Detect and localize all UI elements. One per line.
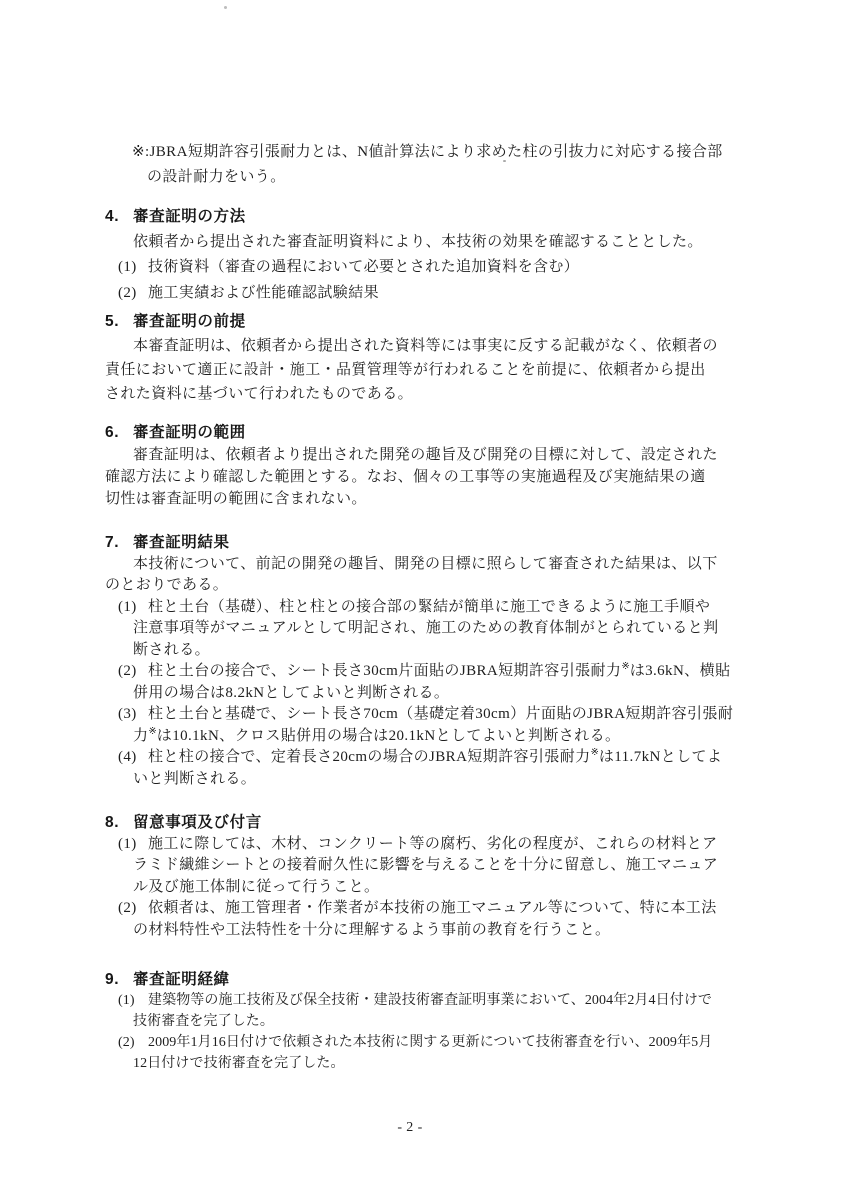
item-text: 柱と土台の接合で、シート長さ30cm片面貼のJBRA短期許容引張耐力 xyxy=(148,663,621,679)
jbra-footnote: ※:JBRA短期許容引張耐力とは、N値計算法により求めた柱の引抜力に対応する接合… xyxy=(105,140,805,190)
item-number: (2) xyxy=(118,661,148,683)
list-item-line: 断される。 xyxy=(105,640,805,662)
list-item-line: (2)依頼者は、施工管理者・作業者が本技術の施工マニュアル等について、特に本工法 xyxy=(105,898,805,920)
list-item-line: (1)柱と土台（基礎）、柱と柱との接合部の緊結が簡単に施工できるように施工手順や xyxy=(105,597,805,619)
item-text: 柱と柱の接合で、定着長さ20cmの場合のJBRA短期許容引張耐力 xyxy=(148,749,591,765)
item-text: は10.1kN、クロス貼併用の場合は20.1kNとしてよいと判断される。 xyxy=(157,728,621,744)
item-text: 柱と土台と基礎で、シート長さ70cm（基礎定着30cm）片面貼のJBRA短期許容… xyxy=(148,706,733,722)
list-item-line: 技術審査を完了した。 xyxy=(105,1011,805,1032)
item-number: (1) xyxy=(118,255,148,281)
item-text: は3.6kN、横貼 xyxy=(630,663,731,679)
item-number: (4) xyxy=(118,747,148,769)
item-number: (2) xyxy=(118,281,148,307)
paragraph-line: 責任において適正に設計・施工・品質管理等が行われることを前提に、依頼者から提出 xyxy=(105,358,805,382)
reference-mark: ※ xyxy=(148,726,156,737)
item-number: (2) xyxy=(118,1032,148,1053)
section-title: 審査証明結果 xyxy=(133,534,230,551)
list-item-line: ル及び施工体制に従って行うこと。 xyxy=(105,877,805,899)
item-number: (1) xyxy=(118,597,148,619)
item-text: 施工実績および性能確認試験結果 xyxy=(148,285,379,301)
footnote-line: の設計耐力をいう。 xyxy=(105,165,805,190)
section-heading: 4.審査証明の方法 xyxy=(105,204,805,230)
item-text: 技術資料（審査の過程において必要とされた追加資料を含む） xyxy=(148,259,579,275)
list-item-line: 力※は10.1kN、クロス貼併用の場合は20.1kNとしてよいと判断される。 xyxy=(105,726,805,748)
list-item-line: (2)柱と土台の接合で、シート長さ30cm片面貼のJBRA短期許容引張耐力※は3… xyxy=(105,661,805,683)
page-number: - 2 - xyxy=(0,1117,820,1139)
section-title: 審査証明の前提 xyxy=(133,313,246,330)
section-number: 9. xyxy=(105,969,133,990)
section-heading: 9.審査証明経緯 xyxy=(105,969,805,990)
paragraph-line: 確認方法により確認した範囲とする。なお、個々の工事等の実施過程及び実施結果の適 xyxy=(105,466,805,488)
list-item-line: (1)建築物等の施工技術及び保全技術・建設技術審査証明事業において、2004年2… xyxy=(105,990,805,1011)
item-text: 建築物等の施工技術及び保全技術・建設技術審査証明事業において、2004年2月4日… xyxy=(148,993,712,1008)
item-text: 2009年1月16日付けで依頼された本技術に関する更新について技術審査を行い、2… xyxy=(148,1035,712,1050)
list-item-line: (2)2009年1月16日付けで依頼された本技術に関する更新について技術審査を行… xyxy=(105,1032,805,1053)
list-item-line: 12日付けで技術審査を完了した。 xyxy=(105,1053,805,1074)
item-text: 柱と土台（基礎）、柱と柱との接合部の緊結が簡単に施工できるように施工手順や xyxy=(148,599,710,615)
paragraph-line: 審査証明は、依頼者より提出された開発の趣旨及び開発の目標に対して、設定された xyxy=(105,444,805,466)
document-content: ※:JBRA短期許容引張耐力とは、N値計算法により求めた柱の引抜力に対応する接合… xyxy=(105,140,805,1074)
scan-speck xyxy=(224,6,227,9)
section-7-certification-results: 7.審査証明結果 本技術について、前記の開発の趣旨、開発の目標に照らして審査され… xyxy=(105,532,805,790)
item-number: (1) xyxy=(118,990,148,1011)
section-title: 審査証明の範囲 xyxy=(133,424,246,441)
list-item-line: (1)施工に際しては、木材、コンクリート等の腐朽、劣化の程度が、これらの材料とア xyxy=(105,834,805,856)
list-item-line: の材料特性や工法特性を十分に理解するよう事前の教育を行うこと。 xyxy=(105,920,805,942)
list-item-line: 併用の場合は8.2kNとしてよいと判断される。 xyxy=(105,683,805,705)
scanned-document-page: ※:JBRA短期許容引張耐力とは、N値計算法により求めた柱の引抜力に対応する接合… xyxy=(0,0,849,1200)
item-number: (1) xyxy=(118,834,148,856)
section-heading: 5.審査証明の前提 xyxy=(105,310,805,334)
section-title: 留意事項及び付言 xyxy=(133,814,262,831)
item-text: 依頼者は、施工管理者・作業者が本技術の施工マニュアル等について、特に本工法 xyxy=(148,900,717,916)
section-5-certification-premise: 5.審査証明の前提 本審査証明は、依頼者から提出された資料等には事実に反する記載… xyxy=(105,310,805,406)
section-number: 4. xyxy=(105,204,133,230)
paragraph-line: 本技術について、前記の開発の趣旨、開発の目標に照らして審査された結果は、以下 xyxy=(105,554,805,576)
section-heading: 8.留意事項及び付言 xyxy=(105,812,805,834)
section-number: 5. xyxy=(105,310,133,334)
list-item-line: (2)施工実績および性能確認試験結果 xyxy=(105,281,805,307)
paragraph-line: 本審査証明は、依頼者から提出された資料等には事実に反する記載がなく、依頼者の xyxy=(105,334,805,358)
section-9-certification-history: 9.審査証明経緯 (1)建築物等の施工技術及び保全技術・建設技術審査証明事業にお… xyxy=(105,969,805,1074)
list-item-line: (1)技術資料（審査の過程において必要とされた追加資料を含む） xyxy=(105,255,805,281)
section-8-remarks-and-notes: 8.留意事項及び付言 (1)施工に際しては、木材、コンクリート等の腐朽、劣化の程… xyxy=(105,812,805,941)
reference-mark: ※ xyxy=(621,661,629,672)
list-item-line: 注意事項等がマニュアルとして明記され、施工のための教育体制がとられていると判 xyxy=(105,618,805,640)
paragraph-line: 切性は審査証明の範囲に含まれない。 xyxy=(105,488,805,510)
paragraph-line: 依頼者から提出された審査証明資料により、本技術の効果を確認することとした。 xyxy=(105,230,805,256)
section-heading: 6.審査証明の範囲 xyxy=(105,422,805,444)
item-text: 施工に際しては、木材、コンクリート等の腐朽、劣化の程度が、これらの材料とア xyxy=(148,836,718,852)
section-title: 審査証明経緯 xyxy=(133,971,230,988)
section-number: 8. xyxy=(105,812,133,834)
section-number: 7. xyxy=(105,532,133,554)
section-4-certification-method: 4.審査証明の方法 依頼者から提出された審査証明資料により、本技術の効果を確認す… xyxy=(105,204,805,306)
list-item-line: (4)柱と柱の接合で、定着長さ20cmの場合のJBRA短期許容引張耐力※は11.… xyxy=(105,747,805,769)
footnote-line: ※:JBRA短期許容引張耐力とは、N値計算法により求めた柱の引抜力に対応する接合… xyxy=(105,140,805,165)
section-heading: 7.審査証明結果 xyxy=(105,532,805,554)
section-number: 6. xyxy=(105,422,133,444)
list-item-line: ラミド繊維シートとの接着耐久性に影響を与えることを十分に留意し、施工マニュア xyxy=(105,855,805,877)
section-6-certification-scope: 6.審査証明の範囲 審査証明は、依頼者より提出された開発の趣旨及び開発の目標に対… xyxy=(105,422,805,510)
list-item-line: (3)柱と土台と基礎で、シート長さ70cm（基礎定着30cm）片面貼のJBRA短… xyxy=(105,704,805,726)
list-item-line: いと判断される。 xyxy=(105,769,805,791)
section-title: 審査証明の方法 xyxy=(133,208,246,225)
paragraph-line: のとおりである。 xyxy=(105,575,805,597)
paragraph-line: された資料に基づいて行われたものである。 xyxy=(105,382,805,406)
reference-mark: ※ xyxy=(591,747,599,758)
item-number: (2) xyxy=(118,898,148,920)
item-number: (3) xyxy=(118,704,148,726)
item-text: は11.7kNとしてよ xyxy=(599,749,722,765)
item-text: 力 xyxy=(133,728,148,744)
